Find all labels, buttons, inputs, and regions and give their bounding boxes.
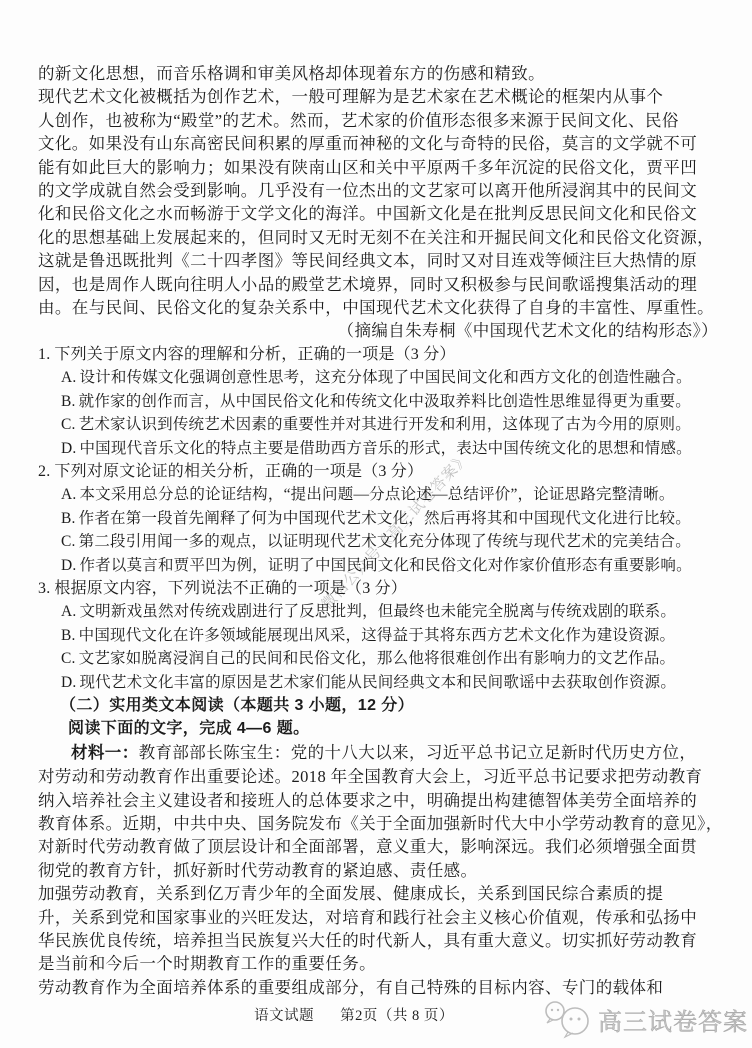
question-option: C.艺术家认识到传统艺术因素的重要性并对其进行开发和利用，这体现了古为今用的原则… <box>38 413 718 436</box>
passage-line: 现代艺术文化被概括为创作艺术，一般可理解为是艺术家在艺术概论的框架内从事个 <box>38 85 718 108</box>
passage-opening-line: 的新文化思想，而音乐格调和审美风格却体现着东方的伤感和精致。 <box>38 62 718 85</box>
passage-line: 能有如此巨大的影响力；如果没有陕南山区和关中平原两千多年沉淀的民俗文化，贾平凹 <box>38 156 718 179</box>
passage-line: 化的思想基础上发展起来的，但同时又无时无刻不在关注和开掘民间文化和民俗文化资源， <box>38 226 718 249</box>
question-option: A.文明新戏虽然对传统戏剧进行了反思批判，但最终也未能完全脱离与传统戏剧的联系。 <box>38 600 718 623</box>
option-letter: A. <box>61 603 79 620</box>
option-text: 作者在第一段首先阐释了何为中国现代艺术文化，然后再将其和中国现代文化进行比较。 <box>79 510 691 527</box>
option-letter: C. <box>61 650 79 667</box>
material-line: 劳动教育作为全面培养体系的重要组成部分，有自己特殊的目标内容、专门的载体和 <box>38 976 718 999</box>
material-first-line: 材料一：教育部部长陈宝生：党的十八大以来，习近平总书记立足新时代历史方位， <box>38 741 718 765</box>
question-list: 1.下列关于原文内容的理解和分析，正确的一项是（3 分） A.设计和传媒文化强调… <box>38 343 718 694</box>
material-line: 教育体系。近期，中共中央、国务院发布《关于全面加强新时代大中小学劳动教育的意见》… <box>38 812 718 835</box>
question-option: A.设计和传媒文化强调创意性思考，这充分体现了中国民间文化和西方文化的创造性融合… <box>38 366 718 389</box>
section-heading-title: （二）实用类文本阅读 <box>60 697 224 714</box>
question-number: 2. <box>38 463 54 480</box>
material-line: 华民族优良传统，培养担当民族复兴大任的时代新人，具有重大意义。切实抓好劳动教育 <box>38 929 718 952</box>
option-letter: A. <box>61 369 79 386</box>
question-option: B.就作家的创作而言，从中国民俗文化和传统文化中汲取养料比创造性思维显得更为重要… <box>38 390 718 413</box>
chat-bubbles-mascot-icon <box>542 998 594 1040</box>
material-label: 材料一： <box>71 744 139 762</box>
passage-line: 由。在与民间、民俗文化的复杂关系中，中国现代艺术文化获得了自身的丰富性、厚重性。 <box>38 296 718 319</box>
footer-doc-title: 语文试题 <box>254 1008 314 1024</box>
option-text: 设计和传媒文化强调创意性思考，这充分体现了中国民间文化和西方文化的创造性融合。 <box>79 369 691 386</box>
option-letter: D. <box>61 440 79 457</box>
question-option: A.本文采用总分总的论证结构，“提出问题—分点论述—总结评价”，论证思路完整清晰… <box>38 483 718 506</box>
option-letter: C. <box>61 533 79 550</box>
question-option: B.中国现代文化在许多领域能展现出风采，这得益于其将东西方艺术文化作为建设资源。 <box>38 624 718 647</box>
option-letter: A. <box>61 486 79 503</box>
question-option: B.作者在第一段首先阐释了何为中国现代艺术文化，然后再将其和中国现代文化进行比较… <box>38 507 718 530</box>
material-line: 对劳动和劳动教育作出重要论述。2018 年全国教育大会上，习近平总书记要求把劳动… <box>38 765 718 788</box>
option-text: 中国现代文化在许多领域能展现出风采，这得益于其将东西方艺术文化作为建设资源。 <box>79 627 676 644</box>
section-heading: （二）实用类文本阅读（本题共 3 小题，12 分） <box>38 694 718 717</box>
material-line: 彻党的教育方针，抓好新时代劳动教育的紧迫感、责任感。 <box>38 859 718 882</box>
material-line: 升，关系到党和国家事业的兴旺发达，对培育和践行社会主义核心价值观，传承和弘扬中 <box>38 906 718 929</box>
material-line: 纳入培养社会主义建设者和接班人的总体要求之中，明确提出构建德智体美劳全面培养的 <box>38 789 718 812</box>
material-paragraph-1: 对劳动和劳动教育作出重要论述。2018 年全国教育大会上，习近平总书记要求把劳动… <box>38 765 718 882</box>
option-text: 现代艺术文化丰富的原因是艺术家们能从民间经典文本和民间歌谣中去获取创作资源。 <box>79 674 676 691</box>
option-text: 第二段引用闻一多的观点，以证明现代艺术文化充分体现了传统与现代艺术的完美结合。 <box>79 533 691 550</box>
question-stem-text: 下列对原文论证的相关分析，正确的一项是（3 分） <box>54 463 423 480</box>
option-letter: C. <box>61 416 79 433</box>
material-line: 是当前和今后一个时期教育工作的重要任务。 <box>38 952 718 975</box>
question-number: 1. <box>38 346 54 363</box>
material-paragraph-2: 加强劳动教育，关系到亿万青少年的全面发展、健康成长，关系到国民综合素质的提 升，… <box>38 882 718 976</box>
option-letter: B. <box>61 393 79 410</box>
question-options: A.设计和传媒文化强调创意性思考，这充分体现了中国民间文化和西方文化的创造性融合… <box>38 366 718 460</box>
passage-line: 文化。如果没有山东高密民间积累的厚重而神秘的文化与奇特的民俗，莫言的文学就不可 <box>38 132 718 155</box>
option-text: 本文采用总分总的论证结构，“提出问题—分点论述—总结评价”，论证思路完整清晰。 <box>79 486 674 503</box>
material-line: 加强劳动教育，关系到亿万青少年的全面发展、健康成长，关系到国民综合素质的提 <box>38 882 718 905</box>
brand-logo: 高三试卷答案 <box>542 998 748 1040</box>
passage-paragraph: 现代艺术文化被概括为创作艺术，一般可理解为是艺术家在艺术概论的框架内从事个 人创… <box>38 85 718 319</box>
question-options: A.文明新戏虽然对传统戏剧进行了反思批判，但最终也未能完全脱离与传统戏剧的联系。… <box>38 600 718 694</box>
option-text: 就作家的创作而言，从中国民俗文化和传统文化中汲取养料比创造性思维显得更为重要。 <box>79 393 691 410</box>
question-option: C.第二段引用闻一多的观点，以证明现代艺术文化充分体现了传统与现代艺术的完美结合… <box>38 530 718 553</box>
option-text: 艺术家认识到传统艺术因素的重要性并对其进行开发和利用，这体现了古为今用的原则。 <box>79 416 691 433</box>
question-block: 2.下列对原文论证的相关分析，正确的一项是（3 分） A.本文采用总分总的论证结… <box>38 460 718 577</box>
passage-line: 的文学成就自然会受到影响。几乎没有一位杰出的文艺家可以离开他所浸润其中的民间文 <box>38 179 718 202</box>
question-block: 3.根据原文内容，下列说法不正确的一项是（3 分） A.文明新戏虽然对传统戏剧进… <box>38 577 718 694</box>
question-option: D.中国现代音乐文化的特点主要是借助西方音乐的形式，表达中国传统文化的思想和情感… <box>38 437 718 460</box>
option-letter: D. <box>61 674 79 691</box>
passage-line: 因，也是周作人既向往明人小品的殿堂艺术境界，同时又积极参与民间歌谣搜集活动的理 <box>38 273 718 296</box>
option-text: 中国现代音乐文化的特点主要是借助西方音乐的形式，表达中国传统文化的思想和情感。 <box>79 440 691 457</box>
reading-instruction: 阅读下面的文字，完成 4—6 题。 <box>38 717 718 740</box>
option-text: 作者以莫言和贾平凹为例，证明了中国民间文化和民俗文化对作家价值形态有重要影响。 <box>79 557 691 574</box>
question-option: C.文艺家如脱离浸润自己的民间和民俗文化，那么他将很难创作出有影响力的文艺作品。 <box>38 647 718 670</box>
brand-name: 高三试卷答案 <box>598 1002 748 1037</box>
passage-line: 化和民俗文化之水而畅游于文学文化的海洋。中国新文化是在批判反思民间文化和民俗文 <box>38 202 718 225</box>
page-content: 的新文化思想，而音乐格调和审美风格却体现着东方的伤感和精致。 现代艺术文化被概括… <box>38 62 718 999</box>
material-first-text: 教育部部长陈宝生：党的十八大以来，习近平总书记立足新时代历史方位， <box>139 743 697 762</box>
question-option: D.现代艺术文化丰富的原因是艺术家们能从民间经典文本和民间歌谣中去获取创作资源。 <box>38 671 718 694</box>
question-stem: 3.根据原文内容，下列说法不正确的一项是（3 分） <box>38 577 718 600</box>
option-text: 文艺家如脱离浸润自己的民间和民俗文化，那么他将很难创作出有影响力的文艺作品。 <box>79 650 676 667</box>
option-letter: B. <box>61 510 79 527</box>
question-number: 3. <box>38 580 54 597</box>
question-options: A.本文采用总分总的论证结构，“提出问题—分点论述—总结评价”，论证思路完整清晰… <box>38 483 718 577</box>
section-heading-note: （本题共 3 小题，12 分） <box>224 697 414 714</box>
passage-line: 这就是鲁迅既批判《二十四孝图》等民间经典文本，同时又对目连戏等倾注巨大热情的原 <box>38 249 718 272</box>
footer-page-info: 第2页（共 8 页） <box>340 1008 454 1024</box>
passage-line: 人创作，也被称为“殿堂”的艺术。然而，艺术家的价值形态很多来源于民间文化、民俗 <box>38 109 718 132</box>
option-text: 文明新戏虽然对传统戏剧进行了反思批判，但最终也未能完全脱离与传统戏剧的联系。 <box>79 603 676 620</box>
passage-attribution: （摘编自朱寿桐《中国现代艺术文化的结构形态》） <box>38 319 718 342</box>
material-line: 对新时代劳动教育做了顶层设计和全面部署，意义重大，影响深远。我们必须增强全面贯 <box>38 835 718 858</box>
question-stem-text: 根据原文内容，下列说法不正确的一项是（3 分） <box>54 580 407 597</box>
question-block: 1.下列关于原文内容的理解和分析，正确的一项是（3 分） A.设计和传媒文化强调… <box>38 343 718 460</box>
material-paragraph-3: 劳动教育作为全面培养体系的重要组成部分，有自己特殊的目标内容、专门的载体和 <box>38 976 718 999</box>
question-stem: 1.下列关于原文内容的理解和分析，正确的一项是（3 分） <box>38 343 718 366</box>
question-stem: 2.下列对原文论证的相关分析，正确的一项是（3 分） <box>38 460 718 483</box>
question-option: D.作者以莫言和贾平凹为例，证明了中国民间文化和民俗文化对作家价值形态有重要影响… <box>38 554 718 577</box>
option-letter: B. <box>61 627 79 644</box>
question-stem-text: 下列关于原文内容的理解和分析，正确的一项是（3 分） <box>54 346 455 363</box>
option-letter: D. <box>61 557 79 574</box>
